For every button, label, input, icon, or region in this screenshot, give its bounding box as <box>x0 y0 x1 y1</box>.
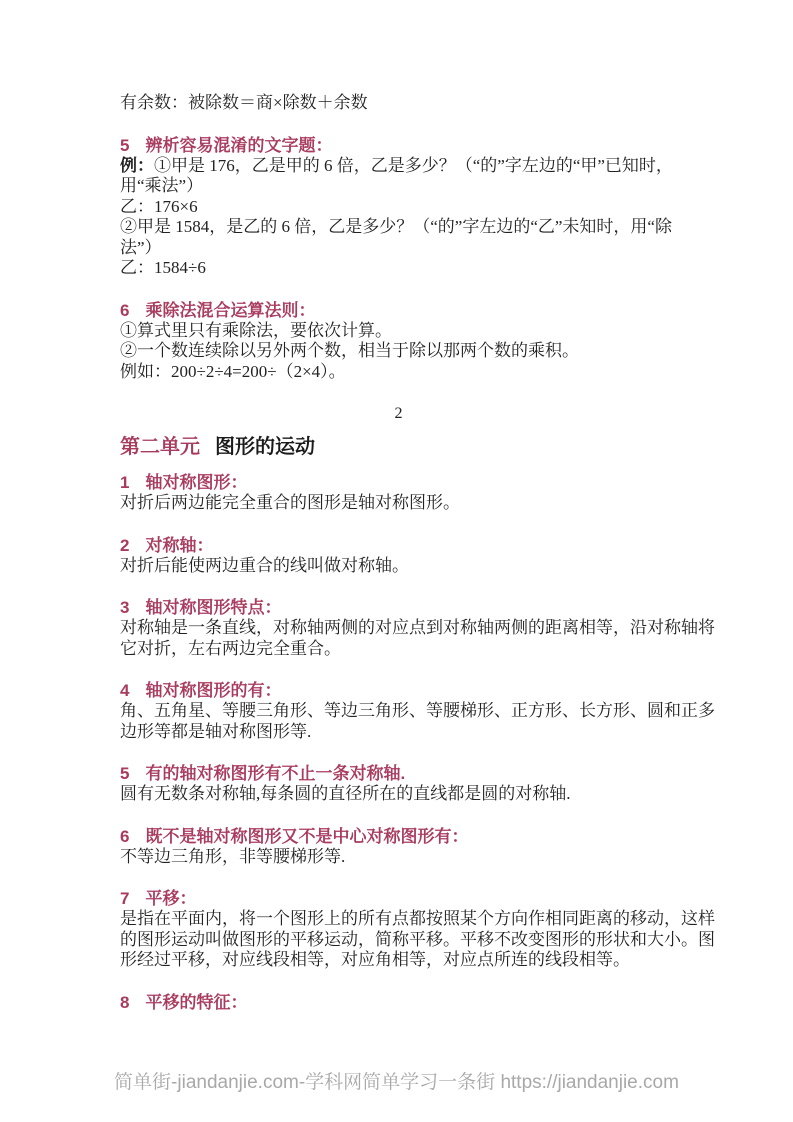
section-heading: 7平移： <box>120 888 677 909</box>
section-number: 8 <box>120 993 129 1012</box>
section-5-unit1: 5辨析容易混淆的文字题： 例：①甲是 176，乙是甲的 6 倍，乙是多少？（“的… <box>120 135 677 279</box>
section-6: 6既不是轴对称图形又不是中心对称图形有： 不等边三角形，非等腰梯形等. <box>120 826 677 868</box>
body-line: 对折后两边能完全重合的图形是轴对称图形。 <box>120 493 677 514</box>
section-heading: 1轴对称图形： <box>120 472 677 493</box>
body-line: ①算式里只有乘除法，要依次计算。 <box>120 321 677 342</box>
section-heading: 5辨析容易混淆的文字题： <box>120 135 677 156</box>
section-number: 6 <box>120 301 129 320</box>
unit-label: 第二单元 <box>120 436 200 458</box>
section-title: 轴对称图形的有： <box>145 681 281 700</box>
page-number: 2 <box>120 404 677 424</box>
unit-title: 图形的运动 <box>215 436 315 458</box>
section-heading: 6乘除法混合运算法则： <box>120 300 677 321</box>
body-line: 角、五角星、等腰三角形、等边三角形、等腰梯形、正方形、长方形、圆和正多 <box>120 701 677 722</box>
section-3: 3轴对称图形特点： 对称轴是一条直线，对称轴两侧的对应点到对称轴两侧的距离相等，… <box>120 597 677 659</box>
body-line: 的图形运动叫做图形的平移运动，简称平移。平移不改变图形的形状和大小。图 <box>120 930 677 951</box>
body-line: ②甲是 1584，是乙的 6 倍，乙是多少？（“的”字左边的“乙”未知时，用“除 <box>120 217 677 238</box>
body-line: 是指在平面内，将一个图形上的所有点都按照某个方向作相同距离的移动，这样 <box>120 909 677 930</box>
section-number: 2 <box>120 536 129 555</box>
body-line: 它对折，左右两边完全重合。 <box>120 639 677 660</box>
body-line: 乙：176×6 <box>120 197 677 218</box>
body-line: ②一个数连续除以另外两个数，相当于除以那两个数的乘积。 <box>120 341 677 362</box>
section-heading: 5有的轴对称图形有不止一条对称轴. <box>120 763 677 784</box>
section-4: 4轴对称图形的有： 角、五角星、等腰三角形、等边三角形、等腰梯形、正方形、长方形… <box>120 680 677 742</box>
body-line: 例如：200÷2÷4=200÷（2×4）。 <box>120 362 677 383</box>
section-number: 6 <box>120 827 129 846</box>
remainder-formula-line: 有余数：被除数＝商×除数＋余数 <box>120 93 677 114</box>
body-line: 对折后能使两边重合的线叫做对称轴。 <box>120 556 677 577</box>
section-title: 既不是轴对称图形又不是中心对称图形有： <box>145 827 468 846</box>
section-title: 平移的特征： <box>145 993 247 1012</box>
section-title: 对称轴： <box>145 536 213 555</box>
section-heading: 3轴对称图形特点： <box>120 597 677 618</box>
example-label: 例： <box>120 156 154 175</box>
section-heading: 4轴对称图形的有： <box>120 680 677 701</box>
body-line: 边形等都是轴对称图形等. <box>120 722 677 743</box>
body-line: 例：①甲是 176，乙是甲的 6 倍，乙是多少？（“的”字左边的“甲”已知时， <box>120 156 677 177</box>
body-line: 圆有无数条对称轴,每条圆的直径所在的直线都是圆的对称轴. <box>120 784 677 805</box>
section-title: 轴对称图形： <box>145 473 247 492</box>
section-number: 1 <box>120 473 129 492</box>
unit-heading: 第二单元图形的运动 <box>120 433 677 461</box>
body-line: 对称轴是一条直线，对称轴两侧的对应点到对称轴两侧的距离相等，沿对称轴将 <box>120 618 677 639</box>
body-line: 乙：1584÷6 <box>120 258 677 279</box>
section-5: 5有的轴对称图形有不止一条对称轴. 圆有无数条对称轴,每条圆的直径所在的直线都是… <box>120 763 677 805</box>
body-line: 用“乘法”） <box>120 176 677 197</box>
body-line: 不等边三角形，非等腰梯形等. <box>120 847 677 868</box>
section-number: 5 <box>120 764 129 783</box>
section-number: 7 <box>120 889 129 908</box>
section-number: 5 <box>120 136 129 155</box>
section-number: 3 <box>120 598 129 617</box>
example-text: ①甲是 176，乙是甲的 6 倍，乙是多少？（“的”字左边的“甲”已知时， <box>154 156 673 175</box>
section-title: 轴对称图形特点： <box>145 598 281 617</box>
section-title: 有的轴对称图形有不止一条对称轴. <box>145 764 405 783</box>
section-7: 7平移： 是指在平面内，将一个图形上的所有点都按照某个方向作相同距离的移动，这样… <box>120 888 677 971</box>
section-title: 辨析容易混淆的文字题： <box>145 136 332 155</box>
section-number: 4 <box>120 681 129 700</box>
section-8: 8平移的特征： <box>120 992 677 1013</box>
section-heading: 8平移的特征： <box>120 992 677 1013</box>
section-1: 1轴对称图形： 对折后两边能完全重合的图形是轴对称图形。 <box>120 472 677 514</box>
body-line: 形经过平移，对应线段相等，对应角相等，对应点所连的线段相等。 <box>120 950 677 971</box>
section-heading: 6既不是轴对称图形又不是中心对称图形有： <box>120 826 677 847</box>
section-title: 平移： <box>145 889 196 908</box>
watermark-text: 简单街-jiandanjie.com-学科网简单学习一条街 https://ji… <box>0 1071 793 1095</box>
page-content: 有余数：被除数＝商×除数＋余数 5辨析容易混淆的文字题： 例：①甲是 176，乙… <box>120 93 677 1013</box>
section-2: 2对称轴： 对折后能使两边重合的线叫做对称轴。 <box>120 535 677 577</box>
section-heading: 2对称轴： <box>120 535 677 556</box>
section-title: 乘除法混合运算法则： <box>145 301 315 320</box>
body-line: 法”） <box>120 238 677 259</box>
section-6-unit1: 6乘除法混合运算法则： ①算式里只有乘除法，要依次计算。 ②一个数连续除以另外两… <box>120 300 677 383</box>
document-page: 有余数：被除数＝商×除数＋余数 5辨析容易混淆的文字题： 例：①甲是 176，乙… <box>0 0 793 1122</box>
